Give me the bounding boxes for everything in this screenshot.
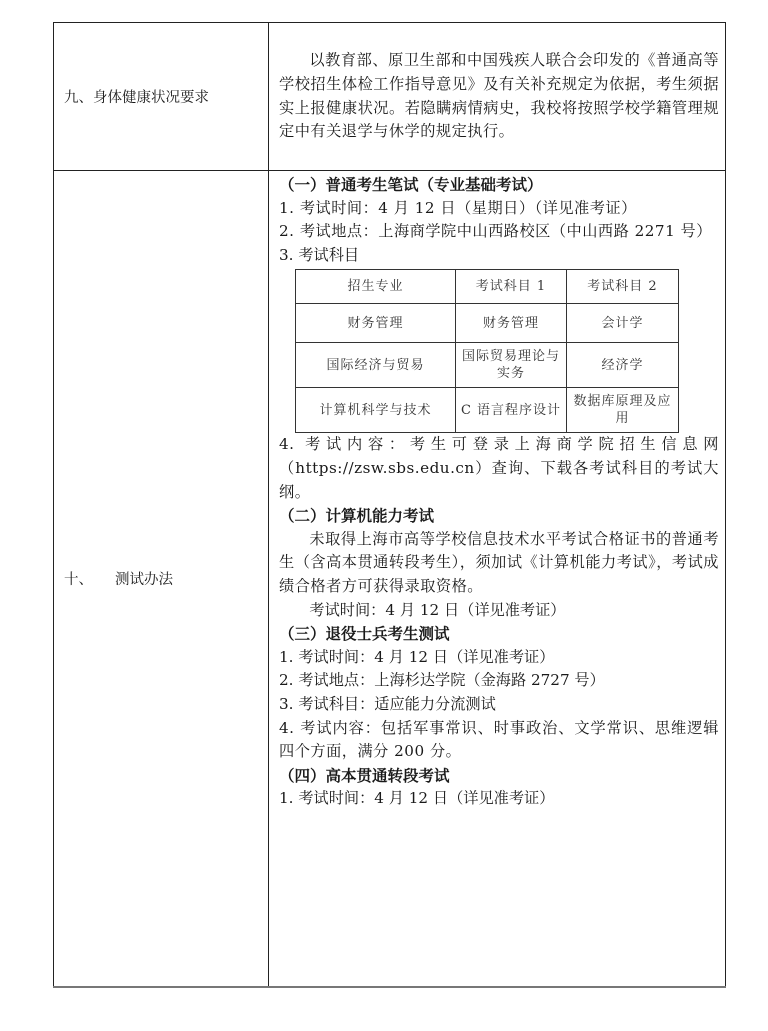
cell-major: 国际经济与贸易 [296,343,456,388]
section-testing-number: 十、 [64,572,93,588]
part4-heading: （四）高本贯通转段考试 [279,764,719,788]
cell-subject2: 数据库原理及应用 [567,388,679,433]
exam-subjects-header-row: 招生专业 考试科目 1 考试科目 2 [296,270,679,304]
table-row: 国际经济与贸易 国际贸易理论与实务 经济学 [296,343,679,388]
part4-item1: 1. 考试时间：4 月 12 日（详见准考证） [279,787,719,811]
health-requirement-text: 以教育部、原卫生部和中国残疾人联合会印发的《普通高等学校招生体检工作指导意见》及… [279,49,719,143]
section-health-content: 以教育部、原卫生部和中国残疾人联合会印发的《普通高等学校招生体检工作指导意见》及… [269,23,726,171]
section-testing-row: 十、测试办法 （一）普通考生笔试（专业基础考试） 1. 考试时间：4 月 12 … [54,171,726,987]
section-testing-title: 测试办法 [115,572,173,588]
cell-major: 计算机科学与技术 [296,388,456,433]
part2-body: 未取得上海市高等学校信息技术水平考试合格证书的普通考生（含高本贯通转段考生），须… [279,528,719,599]
section-testing-label: 十、测试办法 [54,171,269,987]
part1-item4: 4. 考试内容：考生可登录上海商学院招生信息网（https://zsw.sbs.… [279,433,719,504]
admission-rules-table: 九、身体健康状况要求 以教育部、原卫生部和中国残疾人联合会印发的《普通高等学校招… [53,22,726,988]
cell-subject1: 财务管理 [456,304,567,343]
part3-item4: 4. 考试内容：包括军事常识、时事政治、文学常识、思维逻辑四个方面，满分 200… [279,717,719,764]
cell-subject1: C 语言程序设计 [456,388,567,433]
table-row: 计算机科学与技术 C 语言程序设计 数据库原理及应用 [296,388,679,433]
part3-item2: 2. 考试地点：上海杉达学院（金海路 2727 号） [279,669,719,693]
cell-subject2: 会计学 [567,304,679,343]
part1-item2: 2. 考试地点：上海商学院中山西路校区（中山西路 2271 号） [279,220,719,244]
part3-item1: 1. 考试时间：4 月 12 日（详见准考证） [279,646,719,670]
part2-time: 考试时间：4 月 12 日（详见准考证） [279,599,719,623]
part3-item3: 3. 考试科目：适应能力分流测试 [279,693,719,717]
section-testing-content: （一）普通考生笔试（专业基础考试） 1. 考试时间：4 月 12 日（星期日）（… [269,171,726,987]
section-health-row: 九、身体健康状况要求 以教育部、原卫生部和中国残疾人联合会印发的《普通高等学校招… [54,23,726,171]
cell-subject1: 国际贸易理论与实务 [456,343,567,388]
cell-major: 财务管理 [296,304,456,343]
header-major: 招生专业 [296,270,456,304]
cell-subject2: 经济学 [567,343,679,388]
part3-heading: （三）退役士兵考生测试 [279,622,719,646]
part1-item1: 1. 考试时间：4 月 12 日（星期日）（详见准考证） [279,197,719,221]
header-subject1: 考试科目 1 [456,270,567,304]
table-row: 财务管理 财务管理 会计学 [296,304,679,343]
part1-heading: （一）普通考生笔试（专业基础考试） [279,173,719,197]
section-health-label: 九、身体健康状况要求 [54,23,269,171]
part1-item3: 3. 考试科目 [279,244,719,268]
exam-subjects-table: 招生专业 考试科目 1 考试科目 2 财务管理 财务管理 会计学 国际经济与贸易… [295,269,679,433]
header-subject2: 考试科目 2 [567,270,679,304]
part2-heading: （二）计算机能力考试 [279,504,719,528]
